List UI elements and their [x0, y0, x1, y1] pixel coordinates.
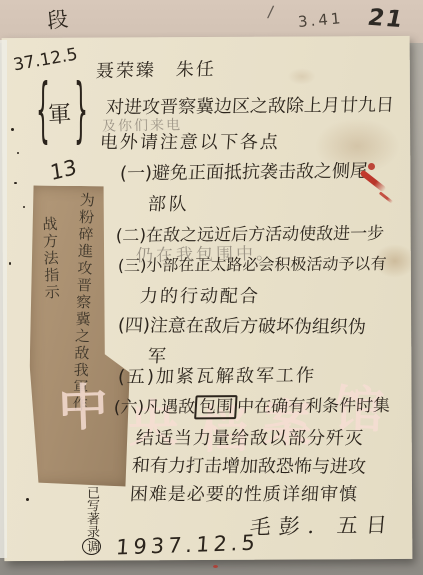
ink-speck [17, 152, 19, 154]
archival-note: 已写著录调 [82, 486, 101, 566]
body-line-14: 和有力打击增加敌恐怖与进攻 [131, 451, 367, 478]
ink-speck [9, 262, 11, 265]
watermark-char-zhong: 中 [57, 367, 109, 441]
boxed-phrase: 包围 [194, 395, 238, 419]
body-line-12: (六)凡遇敌包围中在确有利条件时集 [113, 391, 391, 418]
body-line-5: 部队 [147, 190, 191, 216]
red-speck-bottom [213, 565, 218, 568]
body-line-12-post: 中在确有利条件时集 [236, 396, 390, 417]
ink-speck [14, 182, 17, 184]
page-number: 21 [365, 5, 406, 33]
red-ink-dot [368, 163, 375, 170]
body-line-7: (三)小部在正太路必会积极活动予以有 [117, 251, 387, 276]
body-line-11: (五)加紧瓦解敌军工作 [117, 361, 317, 389]
body-line-12-pre: (六)凡遇敌 [113, 397, 196, 418]
ink-speck [23, 206, 25, 208]
addressee-line: 聂荣臻 朱任 [95, 55, 216, 83]
paper-edge [0, 40, 7, 558]
body-line-8: 力的行动配合 [139, 282, 261, 308]
body-line-13: 结适当力量给敌以部分歼灭 [135, 424, 365, 450]
brace-right-mark: } [74, 73, 88, 153]
class-mark: 軍 [47, 95, 72, 129]
date-line: 1937.12.5 [115, 530, 259, 559]
body-line-4: (一)避免正面抵抗袭击敌之侧尾 [119, 157, 369, 186]
archival-note-circled-char: 调 [82, 538, 101, 555]
signature: 毛彭．五日 [249, 509, 397, 542]
corner-ink-char: 段 [45, 3, 69, 35]
body-line-3: 电外请注意以下各点 [99, 128, 281, 154]
ink-speck [11, 128, 14, 131]
archival-note-chars: 已写著录 [84, 486, 99, 538]
ink-speck [26, 498, 29, 501]
body-line-15: 困难是必要的性质详细审慎 [129, 480, 359, 506]
body-line-9: (四)注意在敌后方破坏伪组织伪 [117, 311, 367, 339]
